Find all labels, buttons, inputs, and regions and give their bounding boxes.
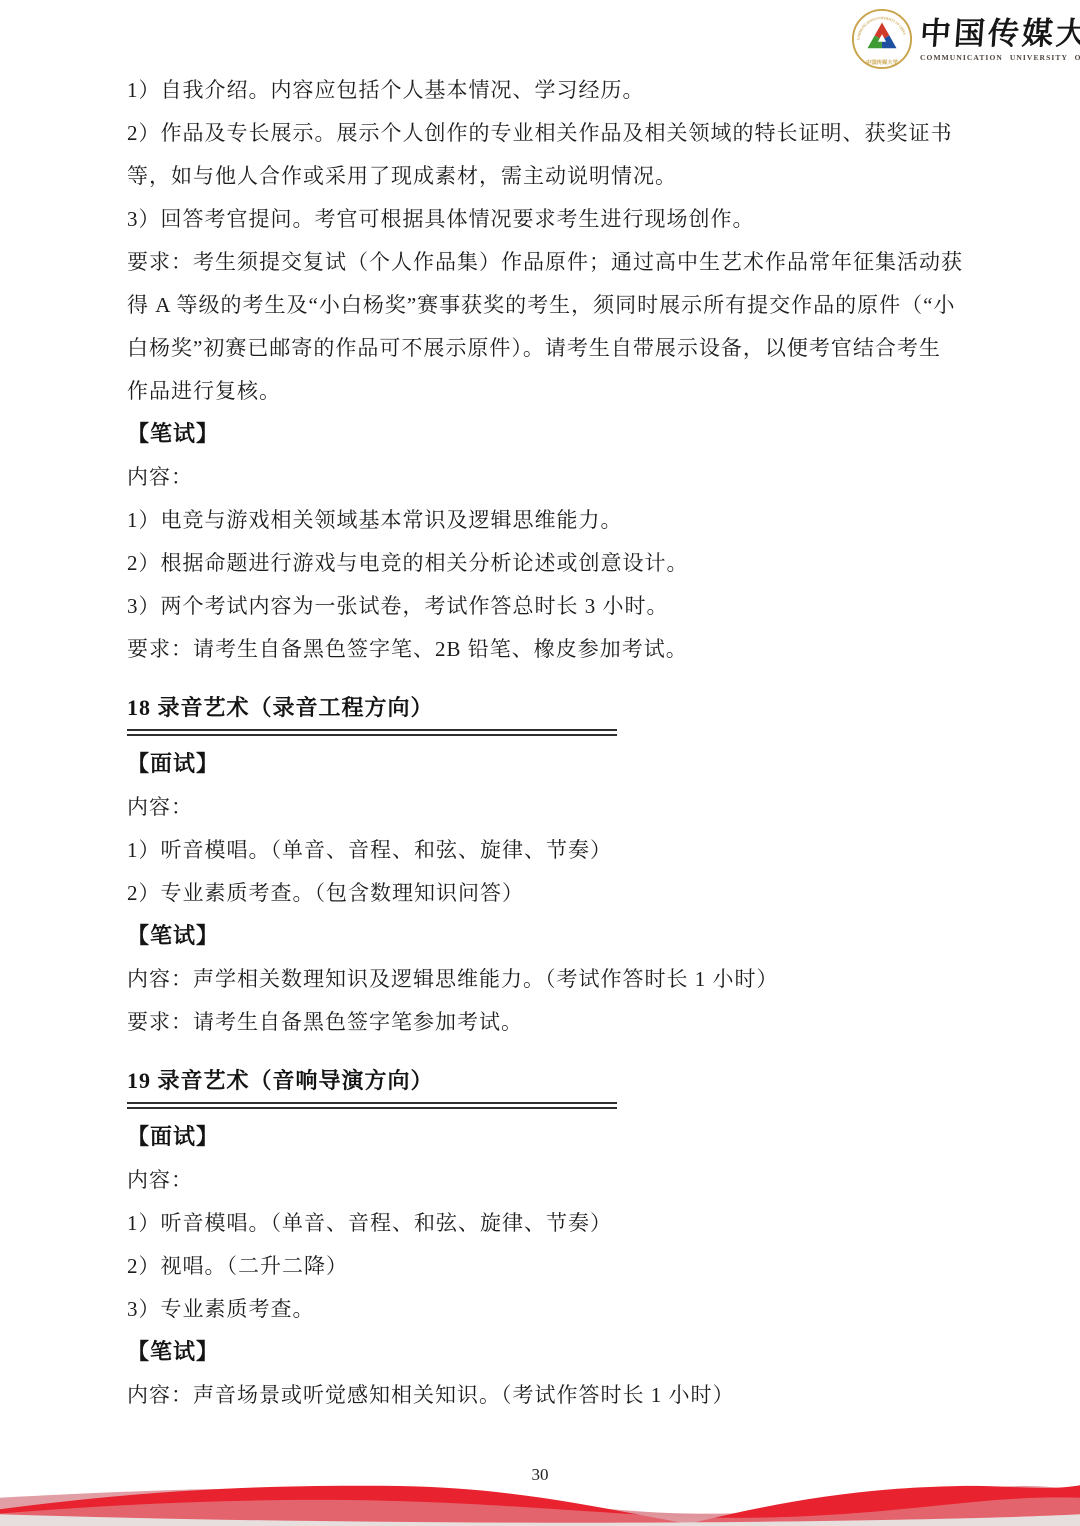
university-logo: COMMUNICATION UNIVERSITY OF CHINA 中国传媒大学… xyxy=(851,8,1080,70)
paragraph: 等，如与他人合作或采用了现成素材，需主动说明情况。 xyxy=(127,162,960,190)
subsection-heading-written-test: 【笔试】 xyxy=(127,922,960,950)
paragraph: 内容：声学相关数理知识及逻辑思维能力。（考试作答时长 1 小时） xyxy=(127,965,960,993)
paragraph: 内容： xyxy=(127,793,960,821)
heading-double-underline xyxy=(127,1102,617,1109)
paragraph: 要求：考生须提交复试（个人作品集）作品原件；通过高中生艺术作品常年征集活动获 xyxy=(127,248,960,276)
paragraph: 1）听音模唱。（单音、音程、和弦、旋律、节奏） xyxy=(127,1209,960,1237)
subsection-heading-interview: 【面试】 xyxy=(127,750,960,778)
paragraph: 2）视唱。（二升二降） xyxy=(127,1252,960,1280)
paragraph: 1）自我介绍。内容应包括个人基本情况、学习经历。 xyxy=(127,76,960,104)
paragraph: 内容：声音场景或听觉感知相关知识。（考试作答时长 1 小时） xyxy=(127,1381,960,1409)
university-name-english: COMMUNICATION UNIVERSITY OF CHINA xyxy=(920,53,1080,62)
paragraph: 内容： xyxy=(127,1166,960,1194)
paragraph: 要求：请考生自备黑色签字笔、2B 铅笔、橡皮参加考试。 xyxy=(127,635,960,663)
heading-double-underline xyxy=(127,729,617,736)
paragraph: 2）专业素质考查。（包含数理知识问答） xyxy=(127,879,960,907)
paragraph: 3）回答考官提问。考官可根据具体情况要求考生进行现场创作。 xyxy=(127,205,960,233)
section-heading-18: 18 录音艺术（录音工程方向） xyxy=(127,693,960,736)
subsection-heading-written-test: 【笔试】 xyxy=(127,1338,960,1366)
section-title: 19 录音艺术（音响导演方向） xyxy=(127,1066,960,1096)
paragraph: 2）根据命题进行游戏与电竞的相关分析论述或创意设计。 xyxy=(127,549,960,577)
paragraph: 1）电竞与游戏相关领域基本常识及逻辑思维能力。 xyxy=(127,506,960,534)
university-wordmark: 中国传媒大学 COMMUNICATION UNIVERSITY OF CHINA xyxy=(920,17,1080,62)
subsection-heading-interview: 【面试】 xyxy=(127,1123,960,1151)
section-heading-19: 19 录音艺术（音响导演方向） xyxy=(127,1066,960,1109)
paragraph: 得 A 等级的考生及“小白杨奖”赛事获奖的考生，须同时展示所有提交作品的原件（“… xyxy=(127,291,960,319)
emblem-bottom-text: 中国传媒大学 xyxy=(866,58,899,66)
section-title: 18 录音艺术（录音工程方向） xyxy=(127,693,960,723)
paragraph: 作品进行复核。 xyxy=(127,377,960,405)
document-content: 1）自我介绍。内容应包括个人基本情况、学习经历。 2）作品及专长展示。展示个人创… xyxy=(0,0,1080,1409)
paragraph: 3）专业素质考查。 xyxy=(127,1295,960,1323)
subsection-heading-written-test: 【笔试】 xyxy=(127,420,960,448)
paragraph: 内容： xyxy=(127,463,960,491)
paragraph: 白杨奖”初赛已邮寄的作品可不展示原件）。请考生自带展示设备，以便考官结合考生 xyxy=(127,334,960,362)
paragraph: 2）作品及专长展示。展示个人创作的专业相关作品及相关领域的特长证明、获奖证书 xyxy=(127,119,960,147)
university-name-chinese: 中国传媒大学 xyxy=(919,17,1080,51)
paragraph: 3）两个考试内容为一张试卷，考试作答总时长 3 小时。 xyxy=(127,592,960,620)
footer-wave-decoration xyxy=(0,1414,1080,1526)
paragraph: 要求：请考生自备黑色签字笔参加考试。 xyxy=(127,1008,960,1036)
paragraph: 1）听音模唱。（单音、音程、和弦、旋律、节奏） xyxy=(127,836,960,864)
university-emblem-icon: COMMUNICATION UNIVERSITY OF CHINA 中国传媒大学 xyxy=(851,8,913,70)
document-page: COMMUNICATION UNIVERSITY OF CHINA 中国传媒大学… xyxy=(0,0,1080,1409)
